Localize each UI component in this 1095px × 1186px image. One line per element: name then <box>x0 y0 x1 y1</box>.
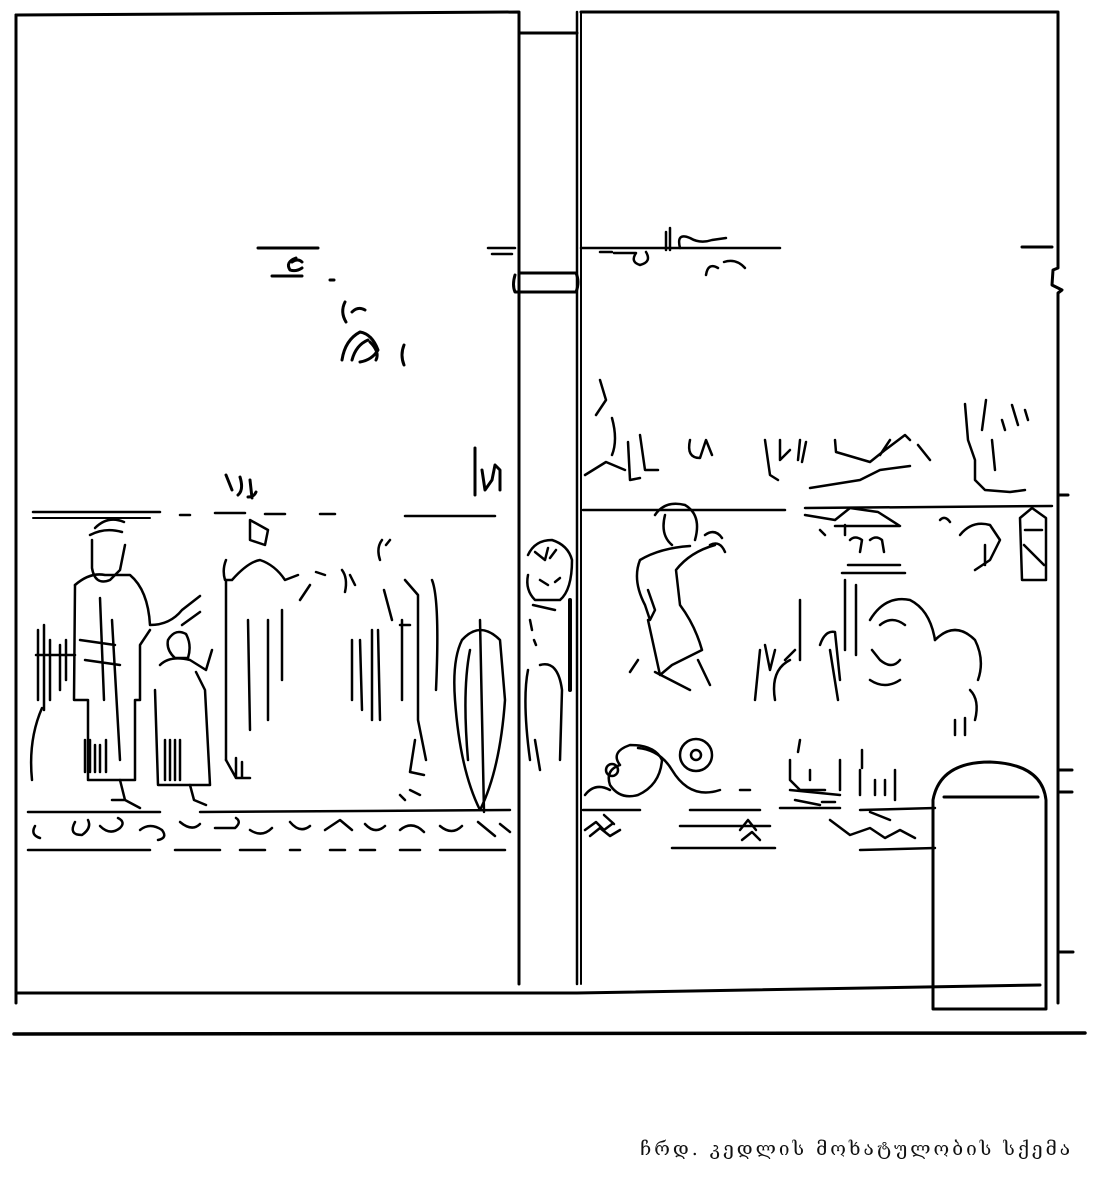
wall-painting-schema-drawing <box>0 0 1095 1186</box>
architectural-outline <box>14 12 1085 1034</box>
upper-left-fragments <box>226 248 500 498</box>
ornamental-frieze-left <box>28 810 510 850</box>
pilaster-figure <box>525 540 572 770</box>
figure-caption: ჩრდ. კედლის მოხატულობის სქემა <box>640 1138 1073 1160</box>
right-figures <box>585 504 1046 805</box>
left-figures <box>31 520 505 812</box>
arched-niche <box>933 762 1046 1009</box>
ornamental-frieze-right <box>583 808 935 850</box>
upper-right-landscape <box>585 228 1028 492</box>
